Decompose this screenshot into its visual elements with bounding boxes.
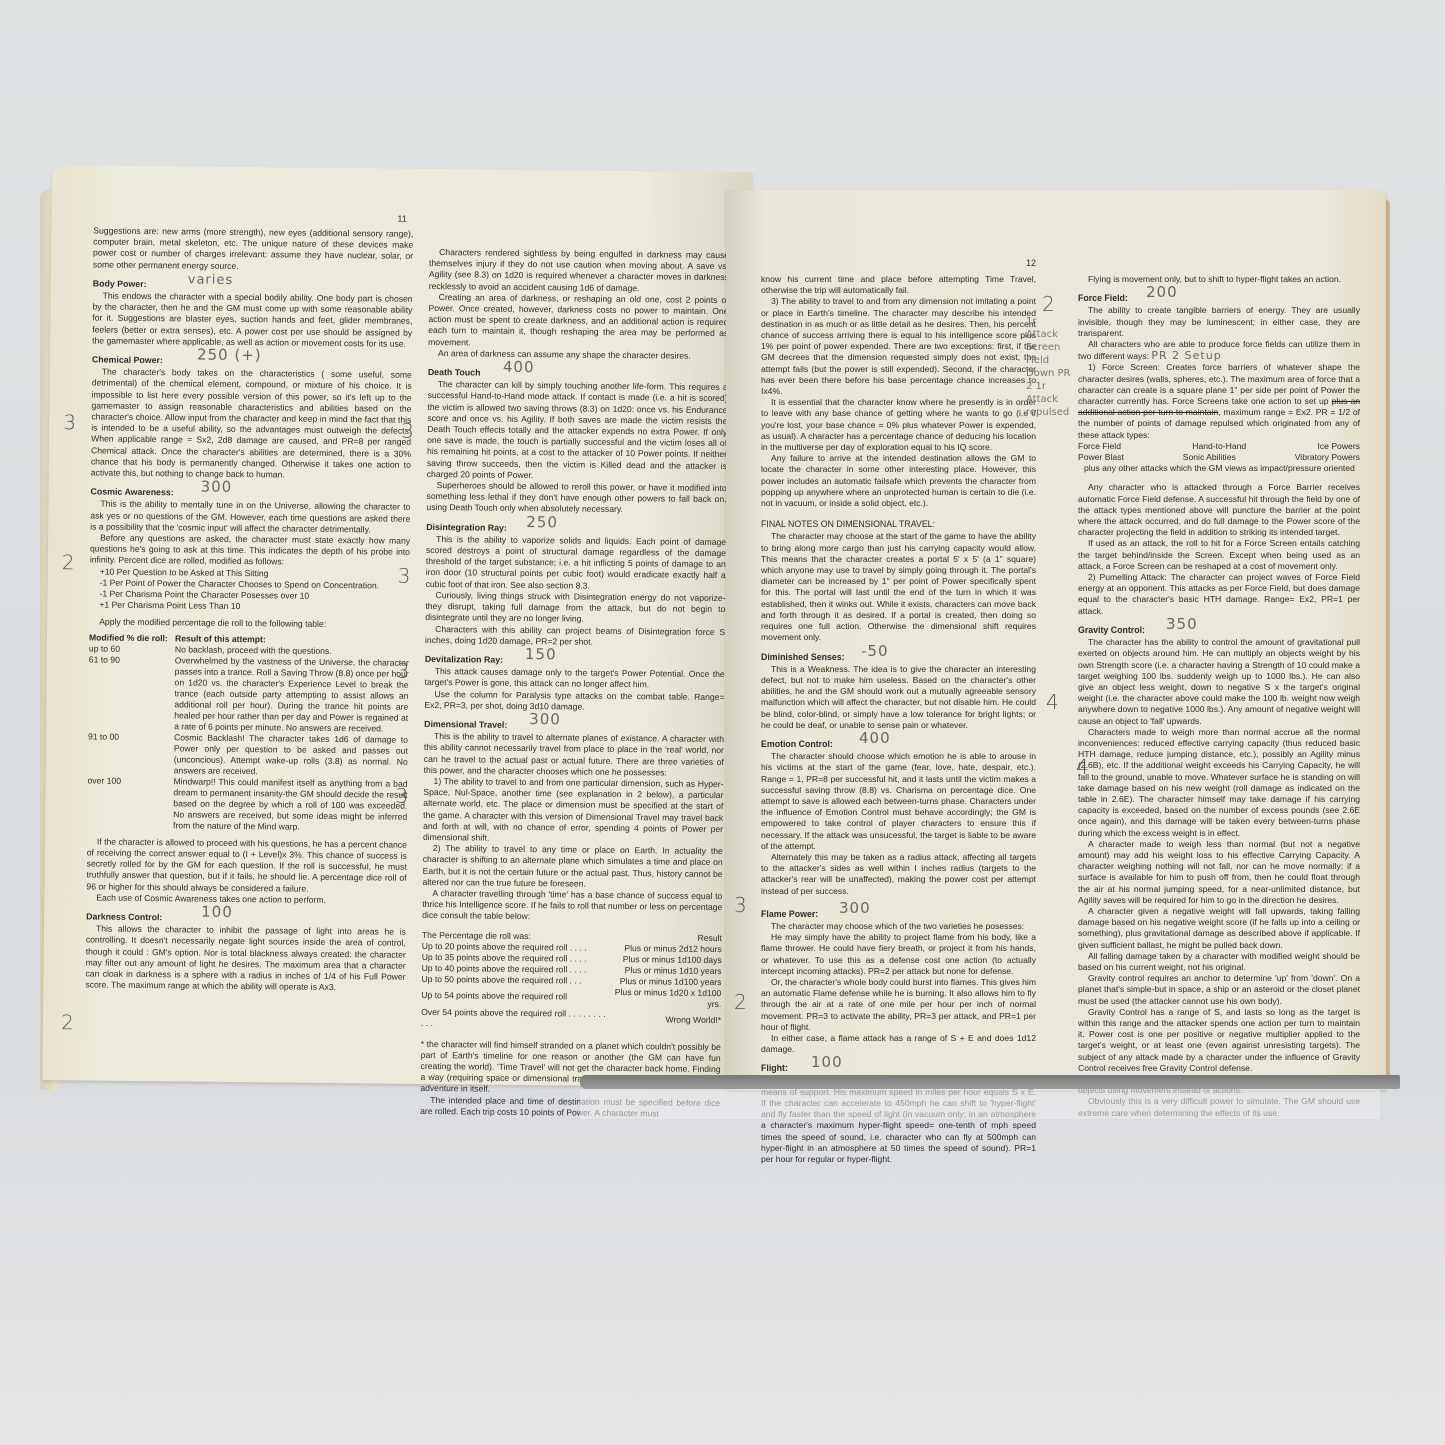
force-field-text-6: 2) Pumelling Attack: The character can p… [1078,572,1360,617]
open-book: 11 Suggestions are: new arms (more stren… [40,160,1400,1110]
left-page-column-1: Suggestions are: new arms (more strength… [85,225,413,994]
table-row: 61 to 90Overwhelmed by the vastness of t… [88,654,409,734]
time-travel-table: The Percentage die roll was:Result Up to… [421,929,722,1031]
body-power-text: This endows the character with a special… [92,290,413,349]
handwritten-cost: 100 [201,907,233,919]
handwritten-note: PR 2 Setup [1151,349,1221,362]
modifier-list: +10 Per Question to be Asked at This Sit… [89,566,409,614]
section-heading-emotion-control: Emotion Control: 400 [761,739,1036,750]
right-page-column-2: Flying is movement only, but to shift to… [1078,274,1360,1119]
handwritten-margin-mark: 3 [401,419,414,443]
gravity-text-5: All falling damage taken by a character … [1078,951,1360,973]
handwritten-cost: varies [188,274,234,286]
handwritten-cost: 250 [526,517,558,529]
death-touch-text-1: The character can kill by simply touchin… [427,379,728,483]
handwritten-margin-mark: 3 [398,564,411,588]
darkness-continued-1: Characters rendered sightless by being e… [429,247,729,295]
handwritten-margin-mark: 3 [395,784,408,808]
force-field-text-1: The ability to create tangible barriers … [1078,305,1360,339]
section-heading-flight: Flight: 100 [761,1063,1036,1074]
gravity-text-2: Characters made to weigh more than norma… [1078,727,1360,839]
acrylic-book-stand [580,1089,1380,1119]
gravity-text-6: Gravity control requires an anchor to de… [1078,973,1360,1007]
section-heading-flame-power: Flame Power: 300 [761,909,1036,920]
section-heading-final-notes: FINAL NOTES ON DIMENSIONAL TRAVEL: [761,519,1036,530]
cosmic-awareness-text-2: Before any questions are asked, the char… [90,532,410,569]
gravity-text-4: A character given a negative weight will… [1078,906,1360,951]
handwritten-cost: 300 [201,482,233,494]
dimensional-travel-text-3: 2) The ability to travel to any time or … [422,843,722,891]
handwritten-cost: 300 [839,903,871,914]
dt-continued-4: Any failure to arrive at the intended de… [761,453,1036,509]
disintegration-text-3: Characters with this ability can project… [425,623,725,649]
emotion-control-text-1: The character should choose which emotio… [761,751,1036,852]
apply-instruction: Apply the modified percentage die roll t… [89,616,409,631]
attack-types-row: Power BlastSonic AbilitiesVibratory Powe… [1078,452,1360,463]
attack-types-note: plus any other attacks which the GM view… [1078,463,1360,474]
darkness-continued-3: An area of darkness can assume any shape… [428,348,728,362]
handwritten-margin-mark: 2 [61,1010,74,1034]
attack-types-row: Force FieldHand-to-HandIce Powers [1078,441,1360,452]
gravity-text-3: A character made to weigh less than norm… [1078,839,1360,906]
force-field-text-5: If used as an attack, the roll to hit fo… [1078,538,1360,572]
handwritten-cost: 350 [1166,619,1198,630]
handwritten-margin-mark: 3 [397,659,410,683]
force-field-text-4: Any character who is attacked through a … [1078,482,1360,538]
gravity-text-7: Gravity Control has a range of S, and la… [1078,1007,1360,1074]
disintegration-text-2: Curiously, living things struck with Dis… [425,590,725,627]
handwritten-margin-mark: 3 [63,410,76,434]
page-number: 12 [1026,258,1036,268]
section-heading-gravity-control: Gravity Control: 350 [1078,625,1360,636]
handwritten-cost: 250 (+) [197,350,262,362]
handwritten-cost: 400 [859,733,891,744]
dimensional-travel-text-1: This is the ability to travel to alterna… [424,731,724,779]
table-row: over 100Mindwarp!! This could manifest i… [87,775,408,833]
section-heading-diminished-senses: Diminished Senses: -50 [761,652,1036,663]
cosmic-awareness-text-3: If the character is allowed to proceed w… [86,836,407,895]
devitalization-text-1: This attack causes damage only to the ta… [425,666,725,692]
handwritten-cost: 100 [811,1057,843,1068]
flight-continued: Flying is movement only, but to shift to… [1078,274,1360,285]
dt-continued-3: It is essential that the character know … [761,397,1036,453]
cosmic-awareness-text-1: This is the ability to mentally tune in … [90,499,410,536]
flame-power-text-1: The character may choose which of the tw… [761,921,1036,932]
darkness-continued-2: Creating an area of darkness, or reshapi… [428,292,729,351]
handwritten-cost: 200 [1146,287,1178,298]
force-field-text-3: 1) Force Screen: Creates force barriers … [1078,362,1360,440]
handwritten-margin-mark: 4 [1046,690,1059,714]
table-row: 91 to 00Cosmic Backlash! The character t… [88,731,408,778]
cosmic-awareness-text-4: Each use of Cosmic Awareness takes one a… [86,892,406,907]
handwritten-margin-note: 1r Attack Screen Field Down PR 2 1r Atta… [1026,315,1071,419]
left-page: 11 Suggestions are: new arms (more stren… [42,165,752,1087]
flame-power-text-3: Or, the character's whole body could bur… [761,977,1036,1033]
devitalization-text-2: Use the column for Paralysis type attack… [424,688,724,714]
section-heading-force-field: Force Field: 200 [1078,293,1360,304]
acrylic-book-stand-lip [580,1075,1400,1089]
page-number: 11 [397,214,406,224]
dt-continued-1: know his current time and place before a… [761,274,1036,296]
flame-power-text-2: He may simply have the ability to projec… [761,932,1036,977]
gravity-text-1: The character has the ability to control… [1078,637,1360,727]
flame-power-text-4: In either case, a flame attack has a ran… [761,1033,1036,1055]
handwritten-cost: 400 [503,362,535,374]
handwritten-cost: -50 [861,646,889,657]
dt-continued-2: 3) The ability to travel to and from any… [761,296,1036,397]
modifier-item: +1 Per Charisma Point Less Than 10 [99,600,409,614]
diminished-senses-text: This is a Weakness. The idea is to give … [761,664,1036,731]
right-page-column-1: know his current time and place before a… [761,274,1036,1165]
table-row: Up to 54 points above the required rollP… [421,984,721,1009]
force-field-text-2: All characters who are able to produce f… [1078,339,1360,362]
handwritten-margin-mark: 2 [1042,292,1055,316]
handwritten-margin-mark: 2 [734,990,747,1014]
table-row: Over 54 points above the required roll .… [421,1006,721,1031]
emotion-control-text-2: Alternately this may be taken as a radiu… [761,852,1036,897]
darkness-control-text: This allows the character to inhibit the… [85,924,406,995]
intro-paragraph: Suggestions are: new arms (more strength… [93,225,413,273]
right-page: 12 know his current time and place befor… [726,190,1386,1090]
disintegration-text-1: This is the ability to vaporize solids a… [426,534,727,593]
left-page-column-2: Characters rendered sightless by being e… [420,247,729,1120]
handwritten-margin-mark: 2 [62,550,75,574]
cosmic-result-table: Modified % die roll: Result of this atte… [87,632,409,833]
handwritten-margin-mark: 3 [734,893,747,917]
final-notes-text: The character may choose at the start of… [761,531,1036,643]
dimensional-travel-text-4: A character travelling through 'time' ha… [422,888,722,925]
handwritten-cost: 150 [525,649,557,661]
chemical-power-text: The character's body takes on the charac… [91,367,412,482]
dimensional-travel-text-2: 1) The ability to travel to and from one… [423,776,724,846]
death-touch-text-2: Superheroes should be allowed to reroll … [426,480,726,517]
handwritten-cost: 300 [529,714,561,726]
